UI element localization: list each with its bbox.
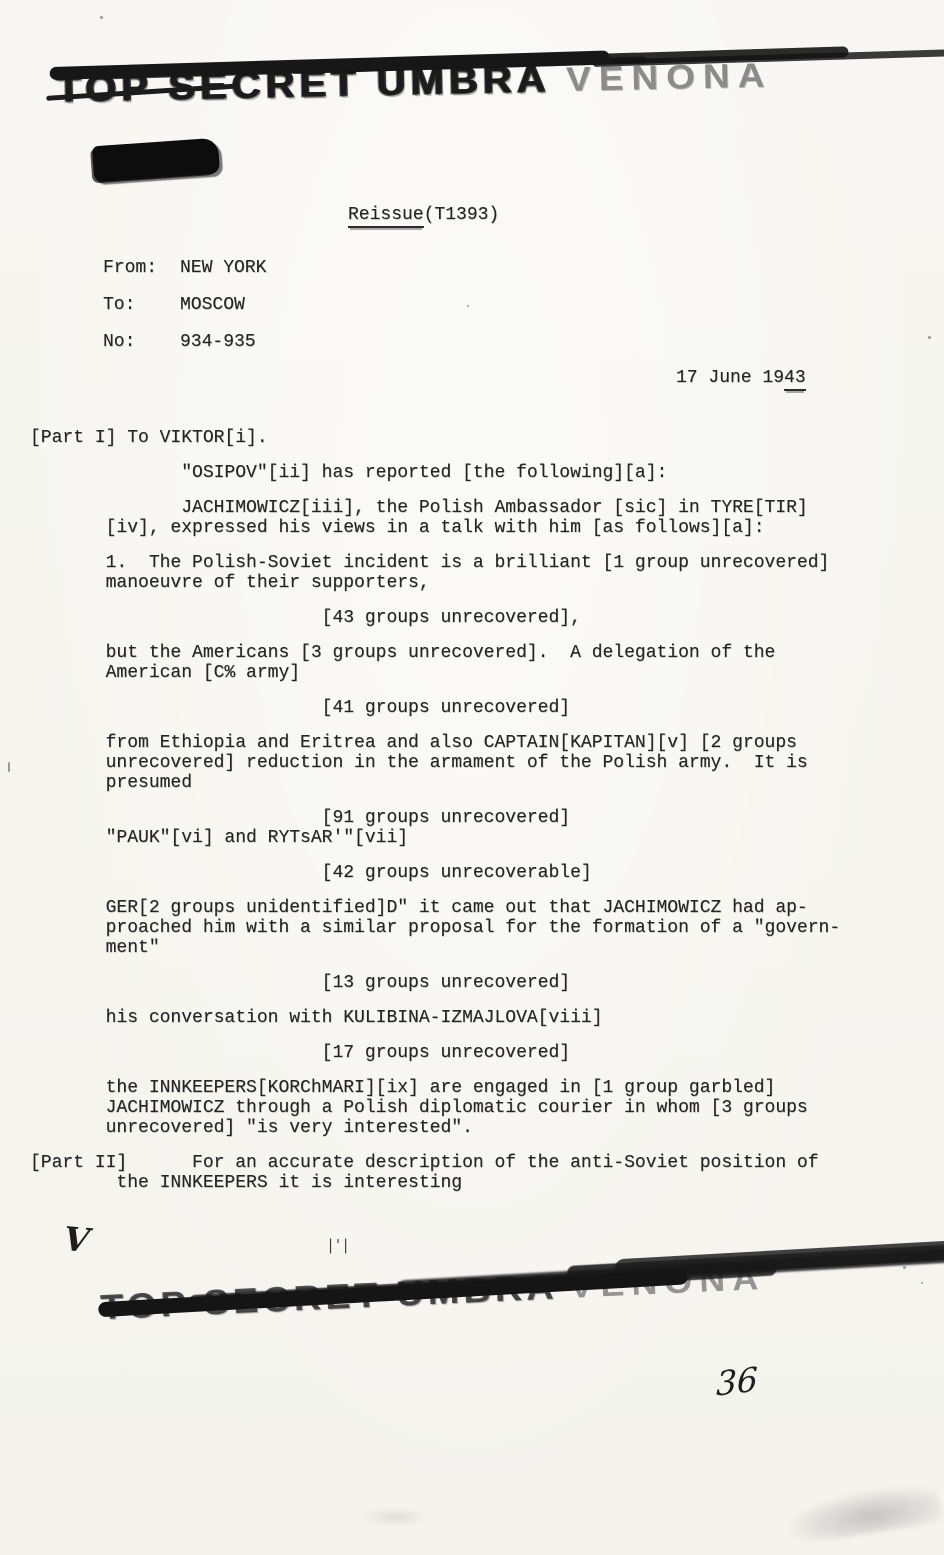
body-line: the INNKEEPERS it is interesting (30, 1173, 930, 1193)
body-line (30, 1028, 930, 1043)
date-underlined: 43 (784, 368, 806, 391)
body-line: 1. The Polish-Soviet incident is a brill… (30, 553, 930, 573)
body-line: from Ethiopia and Eritrea and also CAPTA… (30, 733, 930, 753)
body-line: [42 groups unrecoverable] (30, 863, 930, 883)
body-line: unrecovered] reduction in the armament o… (30, 753, 930, 773)
reissue-label: Reissue (348, 205, 424, 228)
body-line (30, 793, 930, 808)
body-line: his conversation with KULIBINA-IZMAJLOVA… (30, 1008, 930, 1028)
handwritten-page-number: 36 (716, 1359, 758, 1403)
reissue-line: Reissue(T1393) (348, 205, 499, 225)
body-line (30, 1063, 930, 1078)
body-line: presumed (30, 773, 930, 793)
body-line (30, 448, 930, 463)
body-line: [43 groups unrecovered], (30, 608, 930, 628)
redaction-mark (92, 138, 220, 183)
body-line: [13 groups unrecovered] (30, 973, 930, 993)
body-line (30, 883, 930, 898)
body-line: "OSIPOV"[ii] has reported [the following… (30, 463, 930, 483)
body-line: GER[2 groups unidentified]D" it came out… (30, 898, 930, 918)
body-line (30, 958, 930, 973)
body-line (30, 683, 930, 698)
handwritten-check-mark: V (62, 1219, 91, 1260)
body-line (30, 848, 930, 863)
scan-smudge (786, 1480, 943, 1545)
body-line: JACHIMOWICZ[iii], the Polish Ambassador … (30, 498, 930, 518)
body-line (30, 483, 930, 498)
body-line: the INNKEEPERS[KORChMARI][ix] are engage… (30, 1078, 930, 1098)
classification-stamp-top: TOP SECRET UMBRAVENONA (56, 53, 773, 113)
body-line: [41 groups unrecovered] (30, 698, 930, 718)
date-text: 17 June 19 (676, 368, 784, 388)
body-line (30, 993, 930, 1008)
date-line: 17 June 1943 (676, 368, 806, 388)
paper-speck (467, 305, 469, 307)
body-line: manoeuvre of their supporters, (30, 573, 930, 593)
body-line: [91 groups unrecovered] (30, 808, 930, 828)
body-line: [iv], expressed his views in a talk with… (30, 518, 930, 538)
message-header-row: No:934-935 (103, 332, 266, 369)
classification-stamp-bottom: TOP SECRET UMBRAVENONA (99, 1257, 766, 1330)
body-line (30, 538, 930, 553)
paper-speck (928, 336, 931, 339)
header-label: No: (103, 332, 180, 352)
body-line: ment" (30, 938, 930, 958)
body-line: American [C% army] (30, 663, 930, 683)
paper-speck (903, 1266, 906, 1269)
header-value: MOSCOW (180, 295, 245, 315)
body-line: proached him with a similar proposal for… (30, 918, 930, 938)
header-label: From: (103, 258, 180, 278)
body-line: "PAUK"[vi] and RYTsAR'"[vii] (30, 828, 930, 848)
body-line: unrecovered] "is very interested". (30, 1118, 930, 1138)
message-header-block: From:NEW YORK To:MOSCOW No:934-935 (103, 258, 266, 369)
message-body: [Part I] To VIKTOR[i]. "OSIPOV"[ii] has … (30, 428, 930, 1193)
body-line (30, 628, 930, 643)
header-label: To: (103, 295, 180, 315)
body-line: [17 groups unrecovered] (30, 1043, 930, 1063)
body-line (30, 718, 930, 733)
stray-pen-marks: |'| (328, 1236, 351, 1254)
paper-speck (100, 16, 103, 19)
header-value: 934-935 (180, 332, 256, 352)
body-line: JACHIMOWICZ through a Polish diplomatic … (30, 1098, 930, 1118)
body-line (30, 1138, 930, 1153)
paper-speck (8, 762, 10, 772)
body-line: but the Americans [3 groups unrecovered]… (30, 643, 930, 663)
reissue-number: (T1393) (424, 205, 500, 225)
message-header-row: From:NEW YORK (103, 258, 266, 295)
body-line: [Part I] To VIKTOR[i]. (30, 428, 930, 448)
message-header-row: To:MOSCOW (103, 295, 266, 332)
scan-smudge-small (360, 1508, 430, 1526)
header-value: NEW YORK (180, 258, 266, 278)
scanned-document-page: TOP SECRET UMBRAVENONA Reissue(T1393) Fr… (0, 0, 944, 1555)
body-line (30, 593, 930, 608)
body-line: [Part II] For an accurate description of… (30, 1153, 930, 1173)
paper-speck (921, 1282, 923, 1284)
